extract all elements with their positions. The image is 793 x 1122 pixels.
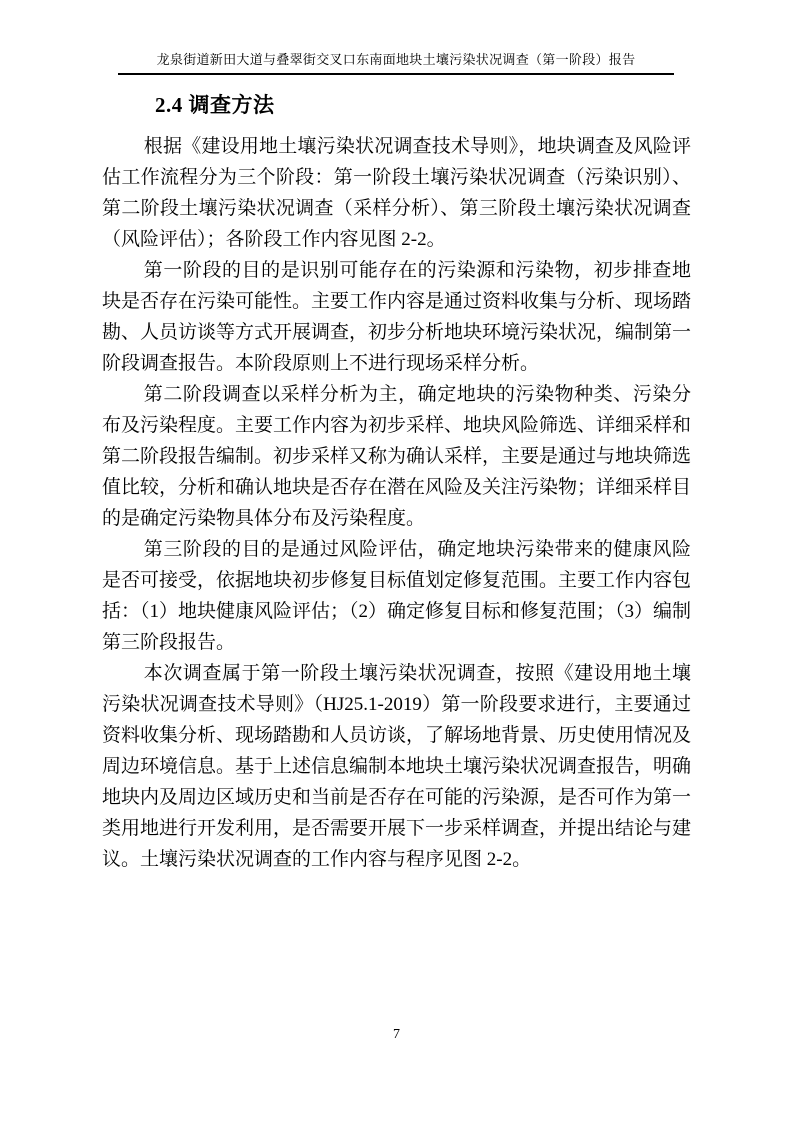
paragraph: 第一阶段的目的是识别可能存在的污染源和污染物，初步排查地块是否存在污染可能性。主…: [102, 255, 691, 379]
page-header-title: 龙泉街道新田大道与叠翠街交叉口东南面地块土壤污染状况调查（第一阶段）报告: [157, 52, 636, 67]
document-page: 龙泉街道新田大道与叠翠街交叉口东南面地块土壤污染状况调查（第一阶段）报告 2.4…: [0, 0, 793, 1122]
paragraph: 根据《建设用地土壤污染状况调查技术导则》，地块调查及风险评估工作流程分为三个阶段…: [102, 131, 691, 255]
page-number: 7: [0, 1026, 793, 1044]
paragraph: 第三阶段的目的是通过风险评估，确定地块污染带来的健康风险是否可接受，依据地块初步…: [102, 534, 691, 658]
page-header: 龙泉街道新田大道与叠翠街交叉口东南面地块土壤污染状况调查（第一阶段）报告: [118, 51, 674, 75]
paragraph: 本次调查属于第一阶段土壤污染状况调查，按照《建设用地土壤污染状况调查技术导则》（…: [102, 658, 691, 875]
document-body: 根据《建设用地土壤污染状况调查技术导则》，地块调查及风险评估工作流程分为三个阶段…: [102, 131, 691, 875]
paragraph: 第二阶段调查以采样分析为主，确定地块的污染物种类、污染分布及污染程度。主要工作内…: [102, 379, 691, 534]
section-heading: 2.4 调查方法: [155, 92, 275, 118]
